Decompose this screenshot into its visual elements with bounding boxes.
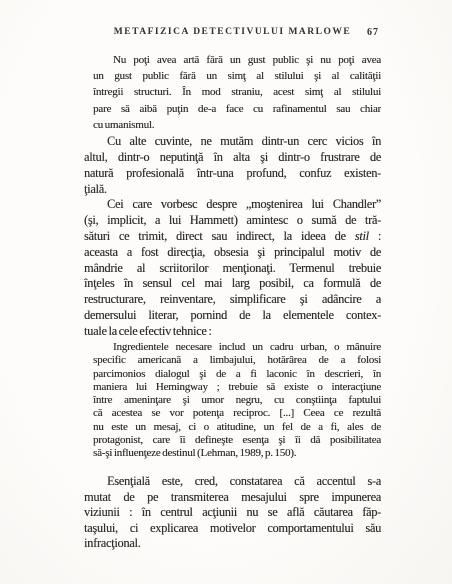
text-line: Cu alte cuvinte, ne mutăm dintr-un cerc … [84, 134, 381, 150]
text-line: taşului, ci explicarea motivelor comport… [84, 521, 381, 537]
text-line: viziunii : în centrul acţiunii nu se afl… [84, 505, 381, 521]
book-page: METAFIZICA DETECTIVULUI MARLOWE 67 Nu po… [0, 0, 452, 584]
text-line: Esenţială este, cred, constatarea că acc… [84, 474, 381, 490]
text-line: cu umanismul. [93, 117, 381, 133]
text-line: parcimonios dialogul şi de a fi laconic … [93, 368, 381, 381]
text-line: ţială. [84, 182, 381, 198]
text-line: că acestea se vor potenţa reciproc. [...… [93, 407, 381, 420]
text-line: sături ce trimit, direct sau indirect, l… [84, 229, 381, 245]
text-line: întregii structuri. În mod straniu, aces… [93, 84, 381, 100]
text-line: înţeles în sensul cel mai larg posibil, … [84, 276, 381, 292]
text-line: restructurare, reinventare, simplificare… [84, 292, 381, 308]
text-line: Nu poţi avea artă fără un gust public şi… [93, 52, 381, 68]
page-text: Nu poţi avea artă fără un gust public şi… [84, 0, 381, 584]
text-line: aceasta a fost direcţia, obsesia şi prin… [84, 245, 381, 261]
text-line: (şi, implicit, a lui Hammett) amintesc o… [84, 213, 381, 229]
text-line: infracţional. [84, 536, 381, 552]
quote-block: Ingredientele necesare includ un cadru u… [93, 341, 381, 461]
paragraph-block: Esenţială este, cred, constatarea că acc… [84, 474, 381, 552]
text-line: între ameninţare şi umor negru, cu conşt… [93, 394, 381, 407]
text-line: specific americană a limbajului, hotărâr… [93, 354, 381, 367]
text-line: Ingredientele necesare includ un cadru u… [93, 341, 381, 354]
paragraph-block: Cu alte cuvinte, ne mutăm dintr-un cerc … [84, 134, 381, 198]
quote-block: Nu poţi avea artă fără un gust public şi… [93, 52, 381, 133]
text-line: mândrie al scriitorilor menţionaţi. Term… [84, 261, 381, 277]
text-line: tuale la cele efectiv tehnice : [84, 324, 381, 340]
text-line: Cei care vorbesc despre „moştenirea lui … [84, 197, 381, 213]
text-line: nu este un mesaj, ci o atitudine, un fel… [93, 421, 381, 434]
text-line: protagonist, care îi defineşte esenţa şi… [93, 434, 381, 447]
text-line: altul, dintr-o neputinţă în alta şi dint… [84, 150, 381, 166]
text-line: să-şi influenţeze destinul (Lehman, 1989… [93, 447, 381, 460]
text-line: un gust public fără un simţ al stilului … [93, 68, 381, 84]
text-line: demersului literar, pornind de la elemen… [84, 308, 381, 324]
paragraph-block: Cei care vorbesc despre „moştenirea lui … [84, 197, 381, 340]
text-line: pare să aibă puţin de-a face cu rafiname… [93, 101, 381, 117]
text-line: maniera lui Hemingway ; trebuie să exist… [93, 381, 381, 394]
text-line: mutat de pe transmiterea mesajului spre … [84, 490, 381, 506]
text-line: natură profesională într-una profund, co… [84, 166, 381, 182]
